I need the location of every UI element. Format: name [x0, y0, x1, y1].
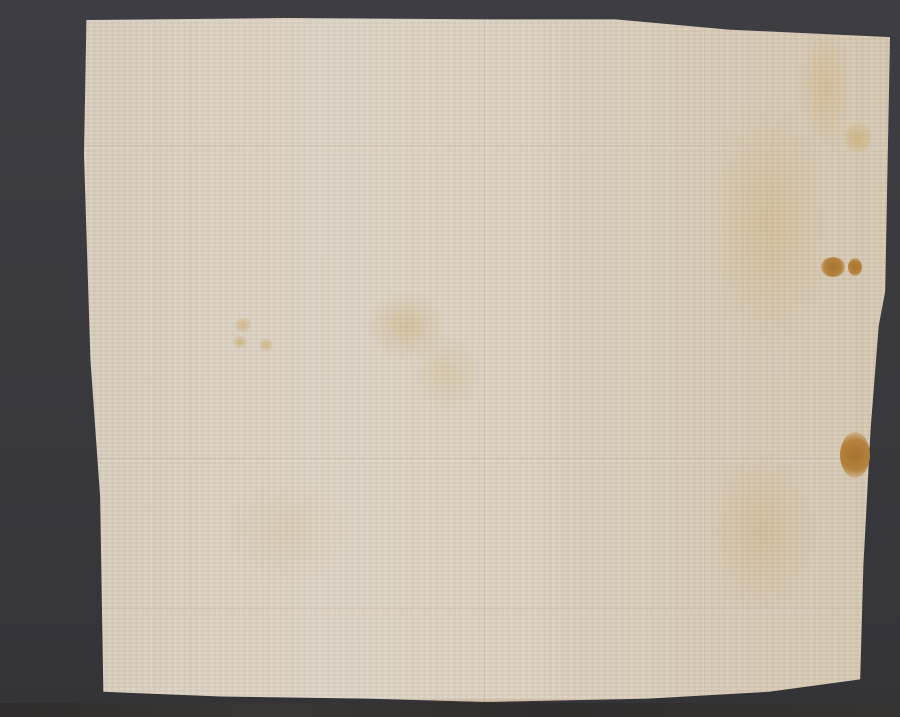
quilting-texture: [84, 18, 890, 702]
floor-strip: [0, 703, 900, 717]
fold-line-horizontal-1: [84, 145, 890, 148]
fold-line-vertical-2: [704, 18, 707, 702]
left-faint-stain-2: [259, 339, 273, 351]
fold-line-vertical-1: [484, 18, 487, 702]
right-edge-stain-upper-right: [848, 258, 862, 276]
left-faint-stain-3: [233, 336, 247, 348]
top-right-stain: [845, 123, 871, 153]
fold-line-horizontal-2: [84, 458, 890, 461]
quilt: [84, 18, 890, 702]
right-edge-stain-upper-left: [821, 257, 845, 277]
right-edge-stain-lower: [840, 432, 870, 478]
fold-line-horizontal-3: [84, 608, 890, 611]
left-faint-stain-1: [235, 318, 251, 332]
